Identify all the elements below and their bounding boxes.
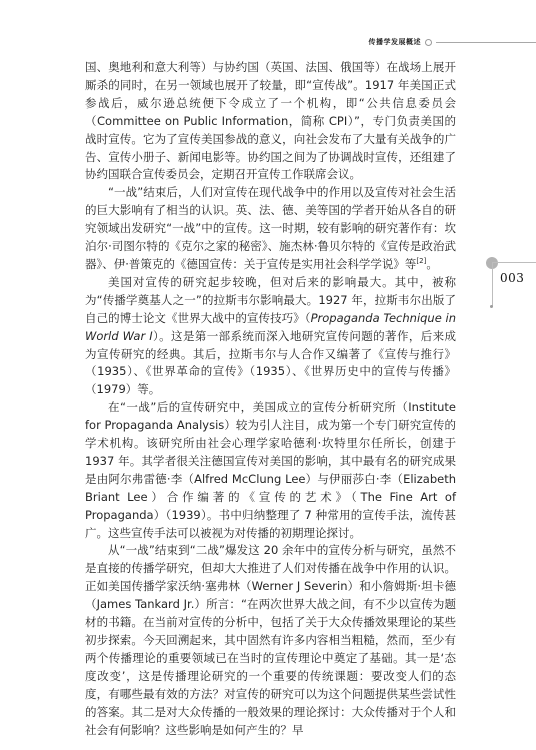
marker-horizontal-rule	[492, 262, 536, 263]
paragraph-4: 在“一战”后的宣传研究中，美国成立的宣传分析研究所（Institute for …	[85, 399, 456, 542]
marker-end-dot-icon	[490, 305, 493, 308]
marker-vertical-rule	[492, 263, 493, 306]
paragraph-5: 从“一战”结束到“二战”爆发这 20 余年中的宣传分析与研究，虽然不是直接的传播…	[85, 542, 456, 739]
header-rule-line	[436, 42, 536, 43]
body-text-block: 国、奥地利和意大利等）与协约国（英国、法国、俄国等）在战场上展开厮杀的同时，在另…	[85, 59, 456, 739]
header-circle-icon	[425, 39, 432, 46]
running-header-title: 传播学发展概述	[369, 39, 422, 46]
paragraph-2-tail: 。	[426, 257, 438, 271]
page-number: 003	[500, 271, 524, 285]
footnote-ref-2: [2]	[416, 257, 426, 265]
paragraph-2-text: “一战”结束后，人们对宣传在现代战争中的作用以及宣传对社会生活的巨大影响有了相当…	[85, 185, 456, 271]
paragraph-5-text: 从“一战”结束到“二战”爆发这 20 余年中的宣传分析与研究，虽然不是直接的传播…	[85, 543, 456, 736]
paragraph-3: 美国对宣传的研究起步较晚，但对后来的影响最大。其中，被称为“传播学奠基人之一”的…	[85, 274, 456, 399]
paragraph-4-text: 在“一战”后的宣传研究中，美国成立的宣传分析研究所（Institute for …	[85, 400, 456, 539]
paragraph-1: 国、奥地利和意大利等）与协约国（英国、法国、俄国等）在战场上展开厮杀的同时，在另…	[85, 59, 456, 184]
paragraph-2: “一战”结束后，人们对宣传在现代战争中的作用以及宣传对社会生活的巨大影响有了相当…	[85, 184, 456, 274]
paragraph-1-text: 国、奥地利和意大利等）与协约国（英国、法国、俄国等）在战场上展开厮杀的同时，在另…	[85, 60, 456, 181]
running-header: 传播学发展概述	[369, 39, 536, 46]
